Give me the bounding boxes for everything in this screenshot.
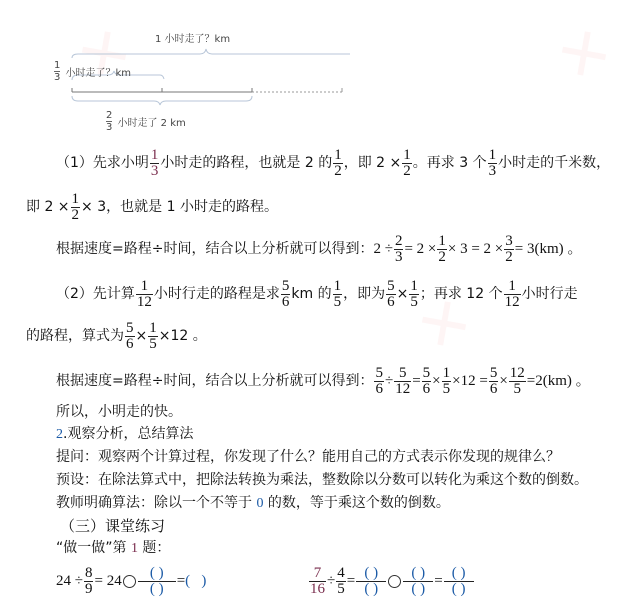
paragraph-2-line-1: （2）先计算 112 小时行走的路程是求 56 km 的 15 ，即为 56 ×… [56, 276, 578, 312]
answer-blank[interactable]: ( ) [185, 573, 206, 589]
paragraph-1-line-2: 即 2 × 12 × 3，也就是 1 小时走的路程。 [26, 190, 278, 224]
paragraph-2-line-2: 的路程，算式为 56 × 15 ×12 。 [26, 318, 207, 354]
fraction: 12 [402, 148, 412, 179]
operator-blank-circle[interactable] [388, 575, 401, 588]
fraction: 32 [504, 234, 514, 265]
watermark: ✕ [544, 12, 625, 98]
equation-1: 根据速度=路程÷时间，结合以上分析就可以得到： 2 ÷ 23 = 2 × 12 … [56, 230, 582, 268]
fraction: 13 [488, 148, 498, 179]
fraction: 15 [148, 321, 158, 352]
fraction: 45 [336, 566, 346, 597]
paragraph-1-line-1: （1）先求小明 13 小时走的路程，也就是 2 的 12 ，即 2 × 12 。… [56, 146, 610, 180]
practice-heading: （三）课堂练习 [60, 518, 165, 534]
fraction: 2 3 [106, 110, 112, 133]
fraction: 56 [125, 321, 135, 352]
question-line: 提问：观察两个计算过程，你发现了什么？能用自己的方式表示你发现的规律么？ [56, 449, 560, 465]
fraction: 15 [409, 279, 419, 310]
answer-blank-fraction[interactable]: ( )( ) [138, 566, 176, 597]
answer-blank-fraction[interactable]: ( )( ) [356, 566, 386, 597]
fraction: 23 [394, 234, 404, 265]
fraction: 56 [386, 279, 396, 310]
equation-2: 根据速度=路程÷时间，结合以上分析就可以得到： 56 ÷ 512 = 56 × … [56, 362, 591, 400]
diagram-top-label: 1 小时走了？km [155, 30, 230, 45]
fraction: 56 [374, 366, 384, 397]
exercise-1: 24 ÷ 89 = 24 ( )( ) = ( ) [56, 560, 206, 602]
section-2-heading: 2.观察分析，总结算法 [56, 426, 193, 443]
fraction: 112 [504, 279, 521, 310]
fraction: 15 [333, 279, 343, 310]
practice-subheading: “做一做”第 1 题： [56, 540, 170, 557]
fraction: 716 [309, 566, 326, 597]
fraction: 12 [437, 234, 447, 265]
line-segment-diagram: 1 小时走了？km 1 3 小时走了？km 2 3 小时走了 2 km [50, 20, 350, 130]
fraction: 56 [422, 366, 432, 397]
fraction: 89 [84, 566, 94, 597]
conclusion-line: 所以，小明走的快。 [56, 404, 182, 420]
fraction: 12 [333, 148, 343, 179]
operator-blank-circle[interactable] [123, 575, 136, 588]
preset-line: 预设：在除法算式中，把除法转换为乘法，整数除以分数可以转化为乘这个数的倒数。 [56, 472, 588, 488]
rule-line: 教师明确算法：除以一个不等于 0 的数，等于乘这个数的倒数。 [56, 495, 450, 512]
fraction: 13 [150, 148, 160, 179]
fraction: 12 [71, 192, 81, 223]
diagram-two-thirds-label: 2 3 小时走了 2 km [106, 110, 186, 133]
fraction: 1 3 [54, 60, 60, 83]
fraction: 125 [509, 366, 526, 397]
fraction: 15 [442, 366, 452, 397]
fraction: 112 [136, 279, 153, 310]
fraction: 56 [281, 279, 291, 310]
fraction: 512 [394, 366, 411, 397]
answer-blank-fraction[interactable]: ( )( ) [444, 566, 474, 597]
fraction: 56 [489, 366, 499, 397]
exercise-2: 716 ÷ 45 = ( )( ) ( )( ) = ( )( ) [308, 560, 475, 602]
diagram-third-label: 1 3 小时走了？km [54, 60, 131, 83]
answer-blank-fraction[interactable]: ( )( ) [403, 566, 433, 597]
